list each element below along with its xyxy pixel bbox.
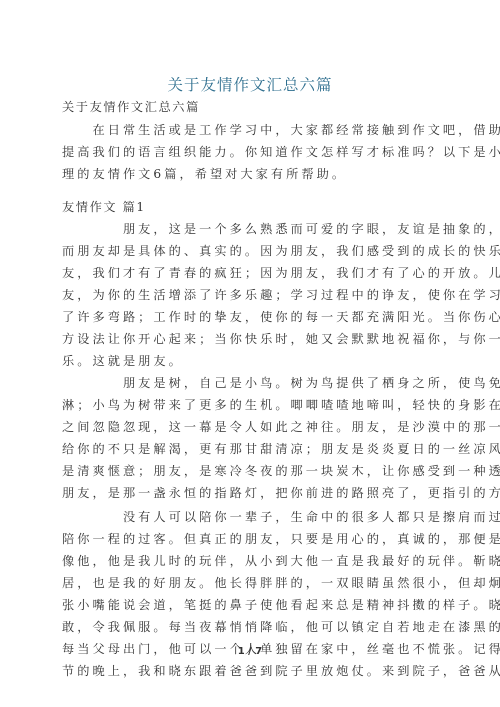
paragraph-line: 像他，他是我儿时的玩伴，从小到大他一直是我最好的玩伴。靳晓东是我的邻 xyxy=(62,554,442,568)
paragraph-line: 朋友，这是一个多么熟悉而可爱的字眼，友谊是抽象的，含蓄的， xyxy=(62,222,442,236)
paragraph-line: 乐。这就是朋友。 xyxy=(62,354,442,368)
intro-line: 提高我们的语言组织能力。你知道作文怎样写才标准吗？以下是小编帮大家整 xyxy=(62,145,442,159)
paragraph-line: 友，为你的生活增添了许多乐趣；学习过程中的诤友，使你在学习道路上少走 xyxy=(62,288,442,302)
paragraph-line: 而朋友却是具体的、真实的。因为朋友，我们感受到的成长的快乐；因为朋 xyxy=(62,244,442,258)
paragraph-line: 没有人可以陪你一辈子，生命中的很多人都只是擦肩而过，都只是 xyxy=(62,510,442,524)
paragraph-line: 张小嘴能说会道，笔挺的鼻子使他看起来总是精神抖擞的样子。晓东十分勇 xyxy=(62,598,442,612)
paragraph-line: 淋；小鸟为树带来了更多的生机。唧唧喳喳地啼叫，轻快的身影在树叶的缝隙 xyxy=(62,398,442,412)
paragraph-line: 朋友是树，自己是小鸟。树为鸟提供了栖身之所，使鸟免受日晒雨 xyxy=(62,376,442,390)
paragraph-line: 了许多弯路；工作时的挚友，使你的每一天都充满阳光。当你伤心时，她会想 xyxy=(62,310,442,324)
section-heading: 友情作文 篇1 xyxy=(62,200,442,214)
paragraph-line: 方设法让你开心起来；当你快乐时，她又会默默地祝福你，与你一起分享快 xyxy=(62,332,442,346)
document-subtitle: 关于友情作文汇总六篇 xyxy=(62,100,442,114)
paragraph-line: 之间忽隐忽现，这一幕是令人如此之神往。朋友，是沙漠中的那一涌清泉，带 xyxy=(62,420,442,434)
paragraph-line: 给你的不只是解渴，更有那甘甜清凉；朋友是炎炎夏日的一丝凉风，带给你的 xyxy=(62,442,442,456)
paragraph-line: 朋友，是那一盏永恒的指路灯，把你前进的路照亮了，更指引的方向…… xyxy=(62,486,442,500)
paragraph-line: 陪你一程的过客。但真正的朋友，只要是用心的，真诚的，那便是永恒的。就 xyxy=(62,532,442,546)
document-page: 关于友情作文汇总六篇 关于友情作文汇总六篇 在日常生活或是工作学习中，大家都经常… xyxy=(0,0,500,707)
paragraph-line: 居，也是我的好朋友。他长得胖胖的，一双眼睛虽然很小，但却炯炯有神，一 xyxy=(62,576,442,590)
document-title: 关于友情作文汇总六篇 xyxy=(0,73,500,95)
intro-line: 理的友情作文6篇，希望对大家有所帮助。 xyxy=(62,167,442,181)
intro-line: 在日常生活或是工作学习中，大家都经常接触到作文吧，借助作文可以 xyxy=(62,123,442,137)
paragraph-line: 友，我们才有了青春的疯狂；因为朋友，我们才有了心的开放。儿时打闹的朋 xyxy=(62,266,442,280)
paragraph-line: 是清爽惬意；朋友，是寒冷冬夜的那一块炭木，让你感受到一种透心的暖意； xyxy=(62,464,442,478)
paragraph-line: 敢，令我佩服。每当夜幕悄悄降临，他可以镇定自若地走在漆黑的小道上； xyxy=(62,620,442,634)
paragraph-line: 节的晚上，我和晓东跟着爸爸到院子里放炮仗。来到院子，爸爸从口袋里摸出 xyxy=(62,664,442,678)
page-indicator: 1 / 7 xyxy=(0,646,500,657)
